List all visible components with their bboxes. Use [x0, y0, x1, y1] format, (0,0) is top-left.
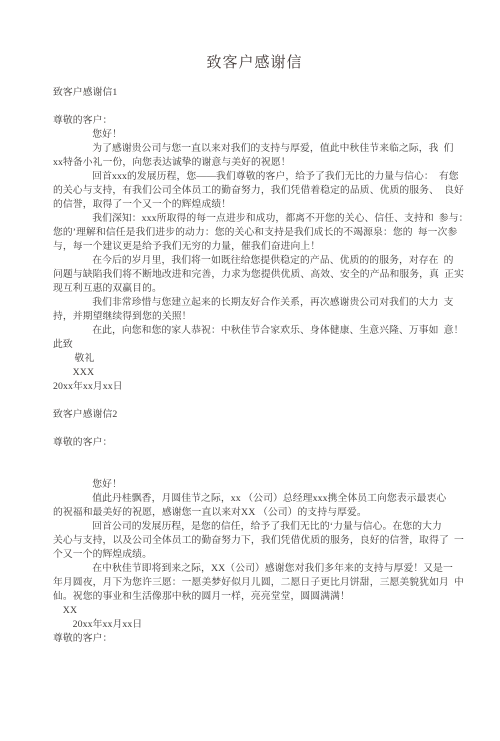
text-line: 仙。祝您的事业和生活像那中秋的圆月一样，亮亮堂堂，圆圆满满！ [53, 590, 456, 604]
text-line: 为了感谢贵公司与您一直以来对我们的支持与厚爱，值此中秋佳节来临之际，我 们 [53, 142, 456, 156]
text-line: 现互利互惠的双赢目的。 [53, 282, 456, 296]
text-line: 20xx年xx月xx日 [53, 380, 456, 394]
blank-line [53, 464, 456, 478]
document-body: 致客户感谢信1 尊敬的客户：您好！为了感谢贵公司与您一直以来对我们的支持与厚爱，… [53, 86, 456, 646]
text-line: 您好！ [53, 128, 456, 142]
text-line: 尊敬的客户： [53, 436, 456, 450]
text-line: 我们非常珍惜与您建立起来的长期友好合作关系，再次感谢贵公司对我们的大力 支 [53, 296, 456, 310]
text-line: 致客户感谢信1 [53, 86, 456, 100]
text-line: 我们深知：xxx所取得的每一点进步和成功，都离不开您的关心、信任、支持和 参与： [53, 212, 456, 226]
blank-line [53, 100, 456, 114]
text-line: 尊敬的客户： [53, 114, 456, 128]
text-line: 的祝福和最美好的祝愿，感谢您一直以来对XX （公司）的支持与厚爱。 [53, 506, 456, 520]
text-line: XX [53, 604, 456, 618]
text-line: 回首xxx的发展历程，您——我们尊敬的客户，给予了我们无比的力量与信心： 有您 [53, 170, 456, 184]
text-line: 问题与缺陷我们将不断地改进和完善，力求为您提供优质、高效、安全的产品和服务，真 … [53, 268, 456, 282]
text-line: 20xx年xx月xx日 [53, 618, 456, 632]
text-line: 的信誉，取得了一个又一个的辉煌成绩！ [53, 198, 456, 212]
text-line: XXX [53, 366, 456, 380]
text-line: 敬礼 [53, 352, 456, 366]
text-line: 致客户感谢信2 [53, 408, 456, 422]
text-line: 回首公司的发展历程，是您的信任，给予了我们无比的‘力量与信心。在您的大力 [53, 520, 456, 534]
text-line: 在今后的岁月里，我们将一如既往给您提供稳定的产品、优质的的服务，对存在 的 [53, 254, 456, 268]
letter-document-page: 致客户感谢信 致客户感谢信1 尊敬的客户：您好！为了感谢贵公司与您一直以来对我们… [0, 0, 500, 741]
text-line: 个又一个的辉煌成绩。 [53, 548, 456, 562]
blank-line [53, 422, 456, 436]
text-line: 关心与支持，以及公司全体员工的勤奋努力下，我们凭借优质的服务，良好的信誉，取得了… [53, 534, 456, 548]
text-line: 持，并期望继续得到您的关照！ [53, 310, 456, 324]
text-line: 年月圆夜，月下为您许三愿：一愿美梦好似月儿圆，二愿日子更比月饼甜，三愿美貌犹如月… [53, 576, 456, 590]
text-line: 值此丹桂飘香，月圆佳节之际，xx （公司）总经理xxx携全体员工向您表示最衷心 [53, 492, 456, 506]
blank-line [53, 450, 456, 464]
text-line: 在中秋佳节即将到来之际，XX（公司）感谢您对我们多年来的支持与厚爱！又是一 [53, 562, 456, 576]
text-line: 您好！ [53, 478, 456, 492]
text-line: 此致 [53, 338, 456, 352]
text-line: 您的’理解和信任是我们进步的动力：您的关心和支持是我们成长的不竭源泉：您的 每一… [53, 226, 456, 240]
text-line: 的关心与支持，有我们公司全体员工的勤奋努力，我们凭借着稳定的品质、优质的服务、 … [53, 184, 456, 198]
text-line: 与，每一个建议更是给予我们无穷的力量，催我们奋进向上！ [53, 240, 456, 254]
document-title: 致客户感谢信 [53, 53, 456, 73]
text-line: 在此，向您和您的家人恭祝：中秋佳节合家欢乐、身体健康、生意兴隆、万事如 意！ [53, 324, 456, 338]
blank-line [53, 394, 456, 408]
text-line: xx特备小礼一份，向您表达诚挚的谢意与美好的祝愿！ [53, 156, 456, 170]
text-line: 尊敬的客户： [53, 632, 456, 646]
